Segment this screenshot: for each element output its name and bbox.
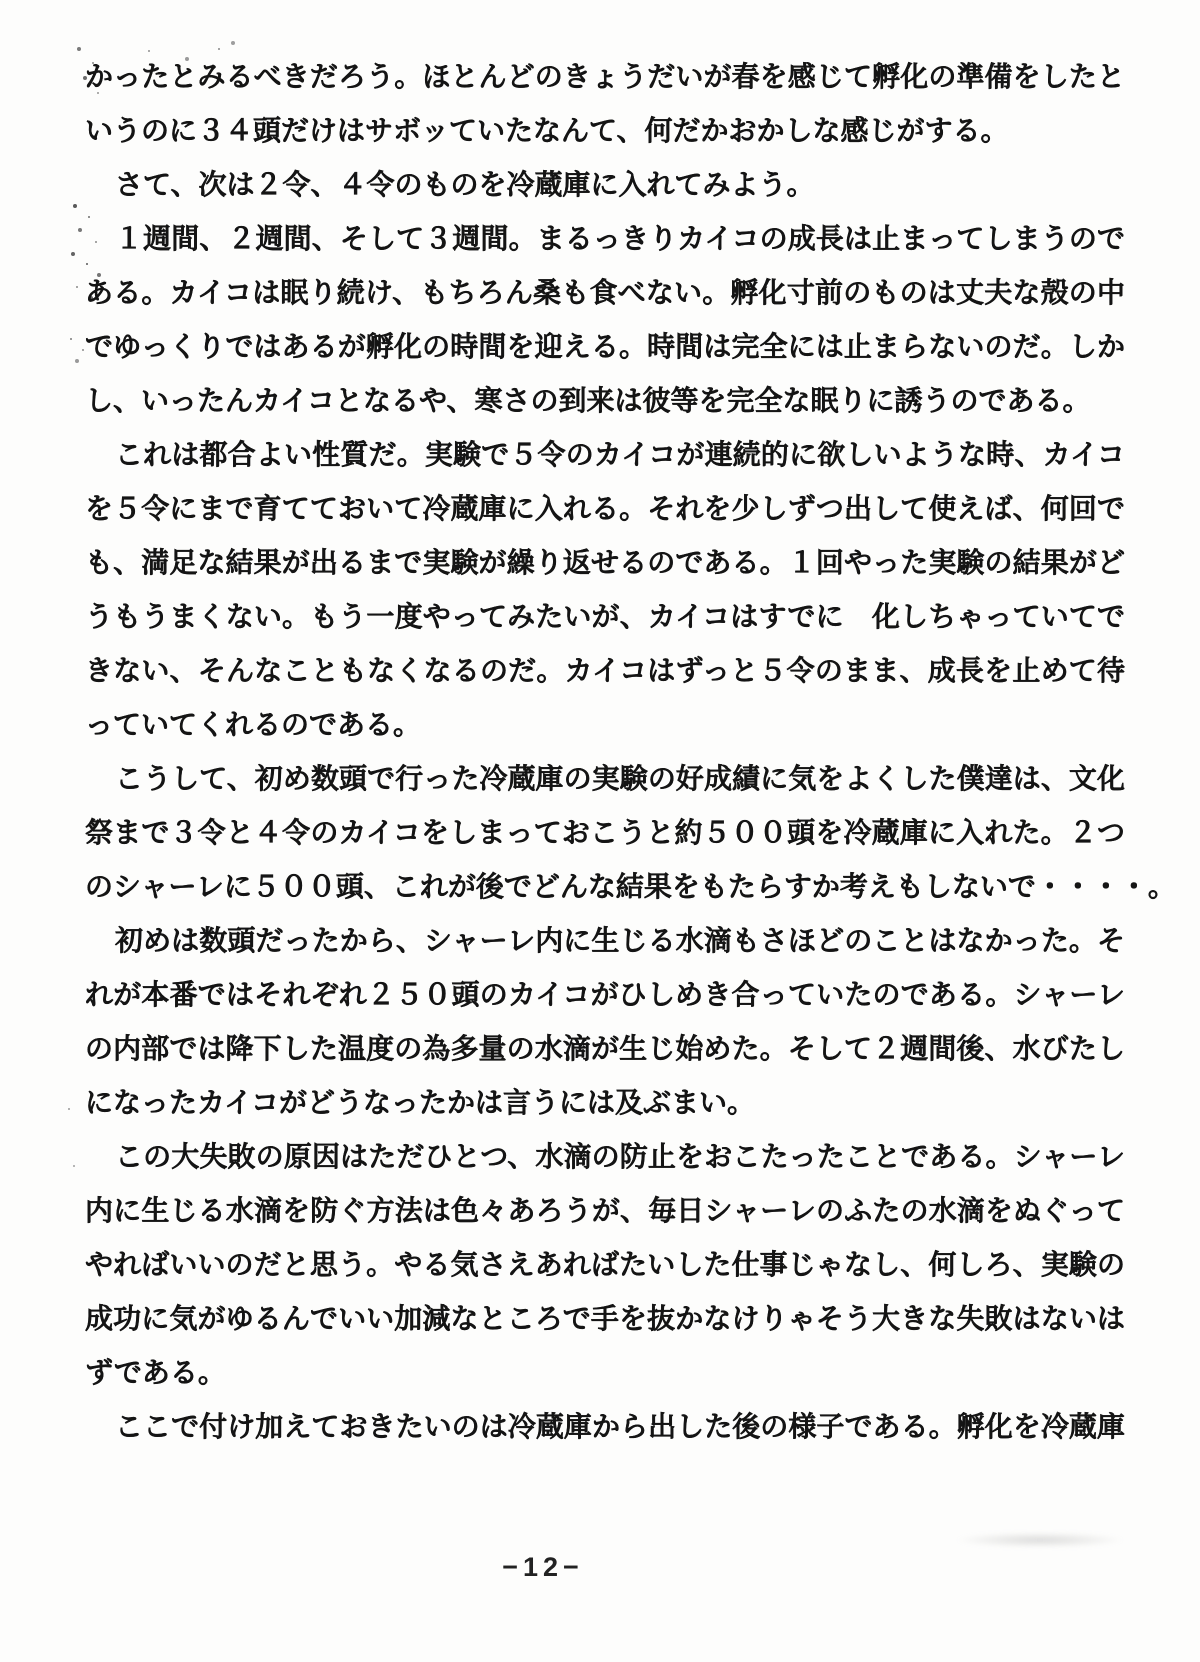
text-line: ある。カイコは眠り続け、もちろん桑も食べない。孵化寸前のものは丈夫な殻の中 [85, 266, 1125, 320]
text-line: これは都合よい性質だ。実験で５令のカイコが連続的に欲しいような時、カイコ [85, 428, 1125, 482]
scan-noise-speckles [0, 0, 2, 2]
text-line: うもうまくない。もう一度やってみたいが、カイコはすでに 化しちゃっていてで [85, 590, 1125, 644]
text-line: も、満足な結果が出るまで実験が繰り返せるのである。１回やった実験の結果がど [85, 536, 1125, 590]
text-line: かったとみるべきだろう。ほとんどのきょうだいが春を感じて孵化の準備をしたと [85, 50, 1125, 104]
text-line: ここで付け加えておきたいのは冷蔵庫から出した後の様子である。孵化を冷蔵庫 [85, 1400, 1125, 1454]
text-line: 祭まで３令と４令のカイコをしまっておこうと約５００頭を冷蔵庫に入れた。２つ [85, 806, 1125, 860]
text-line: この大失敗の原因はただひとつ、水滴の防止をおこたったことである。シャーレ [85, 1130, 1125, 1184]
text-line: を５令にまで育てておいて冷蔵庫に入れる。それを少しずつ出して使えば、何回で [85, 482, 1125, 536]
text-line: の内部では降下した温度の為多量の水滴が生じ始めた。そして２週間後、水びたし [85, 1022, 1125, 1076]
text-line: っていてくれるのである。 [85, 698, 1125, 752]
scan-smudge [955, 1532, 1125, 1548]
text-line: 初めは数頭だったから、シャーレ内に生じる水滴もさほどのことはなかった。そ [85, 914, 1125, 968]
text-line: のシャーレに５００頭、これが後でどんな結果をもたらすか考えもしないで・・・・。 [85, 860, 1125, 914]
text-line: れが本番ではそれぞれ２５０頭のカイコがひしめき合っていたのである。シャーレ [85, 968, 1125, 1022]
text-line: やればいいのだと思う。やる気さえあればたいした仕事じゃなし、何しろ、実験の [85, 1238, 1125, 1292]
text-line: １週間、２週間、そして３週間。まるっきりカイコの成長は止まってしまうので [85, 212, 1125, 266]
text-line: し、いったんカイコとなるや、寒さの到来は彼等を完全な眠りに誘うのである。 [85, 374, 1125, 428]
text-line: いうのに３４頭だけはサボッていたなんて、何だかおかしな感じがする。 [85, 104, 1125, 158]
text-line: 成功に気がゆるんでいい加減なところで手を抜かなけりゃそう大きな失敗はないは [85, 1292, 1125, 1346]
text-line: になったカイコがどうなったかは言うには及ぶまい。 [85, 1076, 1125, 1130]
document-text-body: かったとみるべきだろう。ほとんどのきょうだいが春を感じて孵化の準備をしたというの… [85, 50, 1125, 1454]
page-number: −12− [0, 1552, 1086, 1583]
text-line: でゆっくりではあるが孵化の時間を迎える。時間は完全には止まらないのだ。しか [85, 320, 1125, 374]
text-line: きない、そんなこともなくなるのだ。カイコはずっと５令のまま、成長を止めて待 [85, 644, 1125, 698]
text-line: 内に生じる水滴を防ぐ方法は色々あろうが、毎日シャーレのふたの水滴をぬぐって [85, 1184, 1125, 1238]
text-line: こうして、初め数頭で行った冷蔵庫の実験の好成績に気をよくした僕達は、文化 [85, 752, 1125, 806]
text-line: さて、次は２令、４令のものを冷蔵庫に入れてみよう。 [85, 158, 1125, 212]
document-page: かったとみるべきだろう。ほとんどのきょうだいが春を感じて孵化の準備をしたというの… [0, 0, 1200, 1662]
text-line: ずである。 [85, 1346, 1125, 1400]
